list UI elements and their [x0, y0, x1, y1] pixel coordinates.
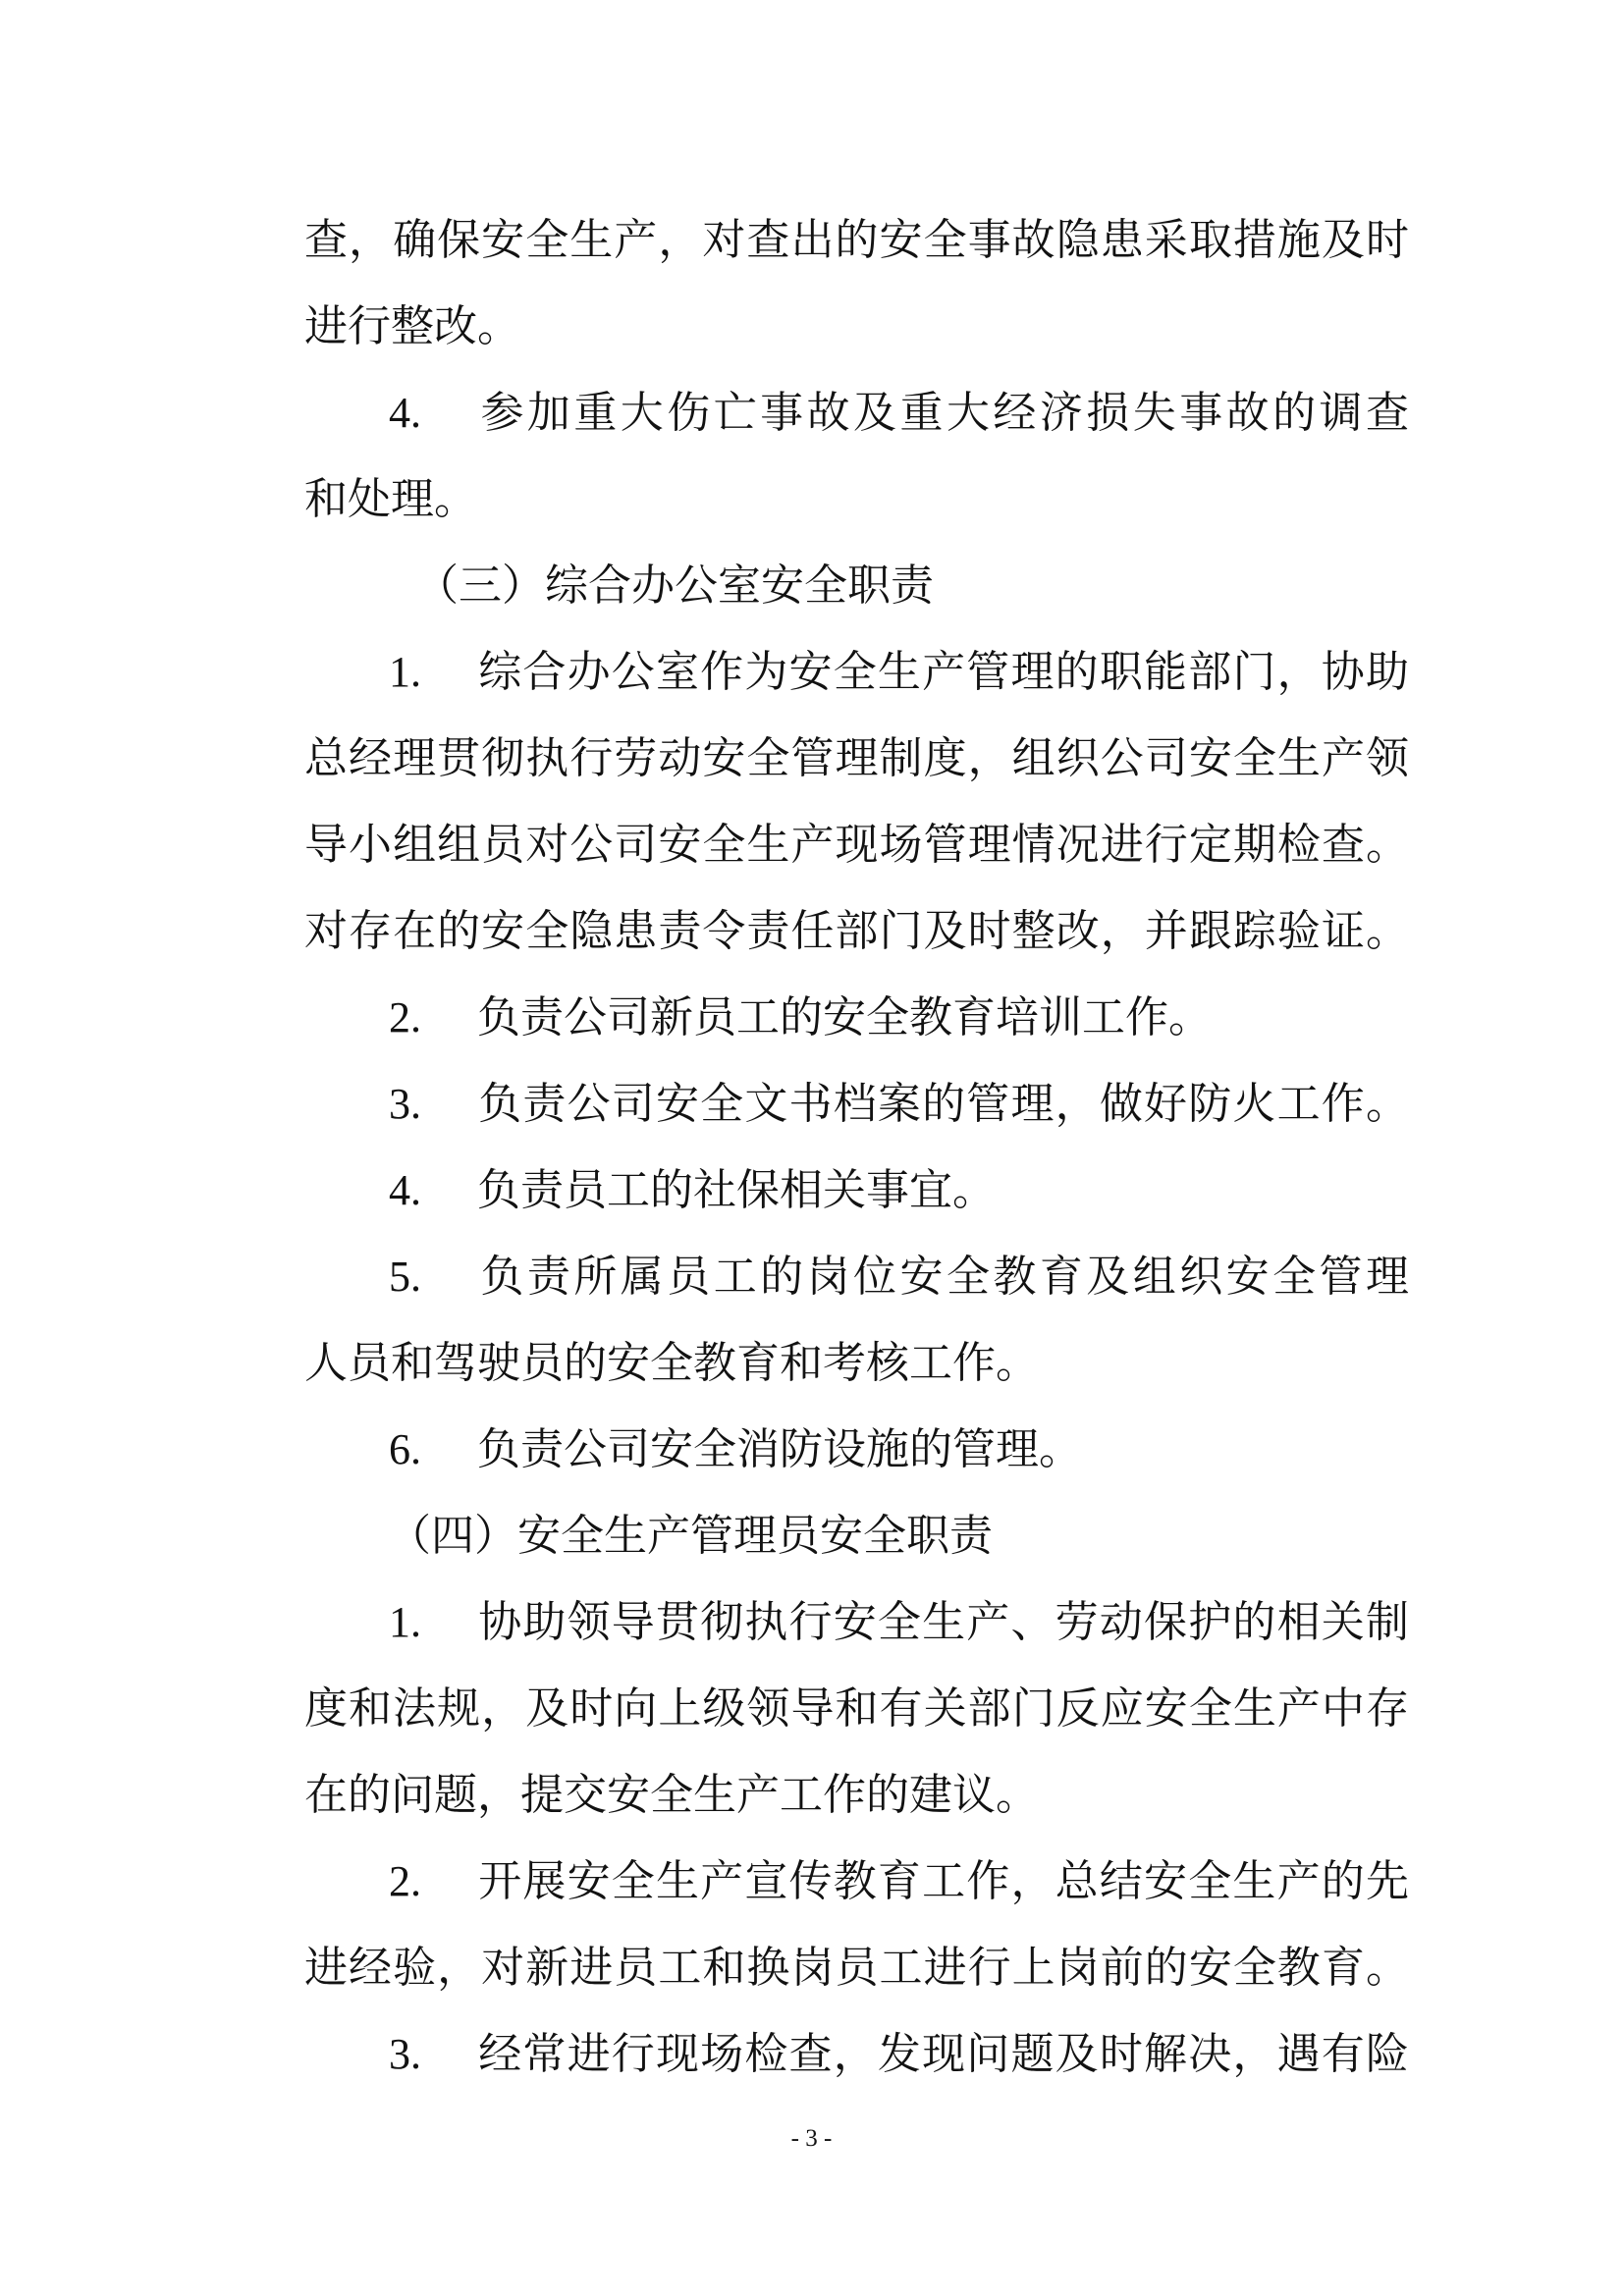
section-heading: （四）安全生产管理员安全职责 — [304, 1493, 1409, 1579]
list-number: 4. — [389, 370, 477, 456]
list-number: 5. — [389, 1234, 477, 1320]
document-line: 人员和驾驶员的安全教育和考核工作。 — [304, 1320, 1409, 1407]
document-line: 和处理。 — [304, 456, 1409, 543]
line-text: 负责员工的社保相关事宜。 — [477, 1166, 996, 1214]
list-number: 6. — [389, 1407, 477, 1493]
line-text: （三）综合办公室安全职责 — [415, 561, 934, 610]
document-line: 在的问题，提交安全生产工作的建议。 — [304, 1752, 1409, 1839]
list-number: 2. — [389, 975, 477, 1061]
document-line: 4.负责员工的社保相关事宜。 — [304, 1148, 1409, 1234]
document-line: 1.综合办公室作为安全生产管理的职能部门，协助 — [304, 629, 1409, 716]
list-number: 2. — [389, 1839, 477, 1925]
line-text: 查，确保安全生产，对查出的安全事故隐患采取措施及时 — [304, 216, 1409, 264]
document-body: 查，确保安全生产，对查出的安全事故隐患采取措施及时 进行整改。 4.参加重大伤亡… — [304, 197, 1409, 2098]
line-text: 导小组组员对公司安全生产现场管理情况进行定期检查。 — [304, 821, 1409, 869]
line-text: 进经验，对新进员工和换岗员工进行上岗前的安全教育。 — [304, 1944, 1409, 1992]
line-text: 和处理。 — [304, 475, 477, 523]
document-line: 3.负责公司安全文书档案的管理，做好防火工作。 — [304, 1061, 1409, 1148]
document-line: 4.参加重大伤亡事故及重大经济损失事故的调查 — [304, 370, 1409, 456]
line-text: 对存在的安全隐患责令责任部门及时整改，并跟踪验证。 — [304, 907, 1409, 955]
document-line: 导小组组员对公司安全生产现场管理情况进行定期检查。 — [304, 802, 1409, 888]
document-line: 3.经常进行现场检查，发现问题及时解决，遇有险 — [304, 2011, 1409, 2098]
line-text: 协助领导贯彻执行安全生产、劳动保护的相关制 — [477, 1598, 1409, 1646]
line-text: 度和法规，及时向上级领导和有关部门反应安全生产中存 — [304, 1684, 1409, 1733]
line-text: 负责公司安全消防设施的管理。 — [477, 1425, 1082, 1473]
document-line: 5.负责所属员工的岗位安全教育及组织安全管理 — [304, 1234, 1409, 1320]
section-heading: （三）综合办公室安全职责 — [304, 543, 1409, 629]
document-line: 2.开展安全生产宣传教育工作，总结安全生产的先 — [304, 1839, 1409, 1925]
list-number: 4. — [389, 1148, 477, 1234]
line-text: 总经理贯彻执行劳动安全管理制度，组织公司安全生产领 — [304, 734, 1409, 782]
document-line: 总经理贯彻执行劳动安全管理制度，组织公司安全生产领 — [304, 716, 1409, 802]
line-text: 参加重大伤亡事故及重大经济损失事故的调查 — [477, 389, 1409, 437]
document-line: 1.协助领导贯彻执行安全生产、劳动保护的相关制 — [304, 1579, 1409, 1666]
line-text: 负责所属员工的岗位安全教育及组织安全管理 — [477, 1253, 1409, 1301]
line-text: 经常进行现场检查，发现问题及时解决，遇有险 — [477, 2030, 1409, 2078]
line-text: 负责公司安全文书档案的管理，做好防火工作。 — [477, 1080, 1409, 1128]
line-text: 负责公司新员工的安全教育培训工作。 — [477, 993, 1212, 1041]
line-text: （四）安全生产管理员安全职责 — [388, 1512, 993, 1560]
document-line: 对存在的安全隐患责令责任部门及时整改，并跟踪验证。 — [304, 888, 1409, 975]
list-number: 3. — [389, 2011, 477, 2098]
list-number: 1. — [389, 1579, 477, 1666]
document-line: 查，确保安全生产，对查出的安全事故隐患采取措施及时 — [304, 197, 1409, 284]
document-page: 查，确保安全生产，对查出的安全事故隐患采取措施及时 进行整改。 4.参加重大伤亡… — [0, 0, 1623, 2296]
page-number: - 3 - — [0, 2123, 1623, 2155]
line-text: 在的问题，提交安全生产工作的建议。 — [304, 1771, 1039, 1819]
document-line: 6.负责公司安全消防设施的管理。 — [304, 1407, 1409, 1493]
line-text: 开展安全生产宣传教育工作，总结安全生产的先 — [477, 1857, 1409, 1905]
list-number: 1. — [389, 629, 477, 716]
document-line: 度和法规，及时向上级领导和有关部门反应安全生产中存 — [304, 1666, 1409, 1752]
list-number: 3. — [389, 1061, 477, 1148]
line-text: 人员和驾驶员的安全教育和考核工作。 — [304, 1339, 1039, 1387]
document-line: 进行整改。 — [304, 284, 1409, 370]
document-line: 进经验，对新进员工和换岗员工进行上岗前的安全教育。 — [304, 1925, 1409, 2011]
document-line: 2.负责公司新员工的安全教育培训工作。 — [304, 975, 1409, 1061]
line-text: 综合办公室作为安全生产管理的职能部门，协助 — [477, 648, 1409, 696]
line-text: 进行整改。 — [304, 302, 520, 350]
